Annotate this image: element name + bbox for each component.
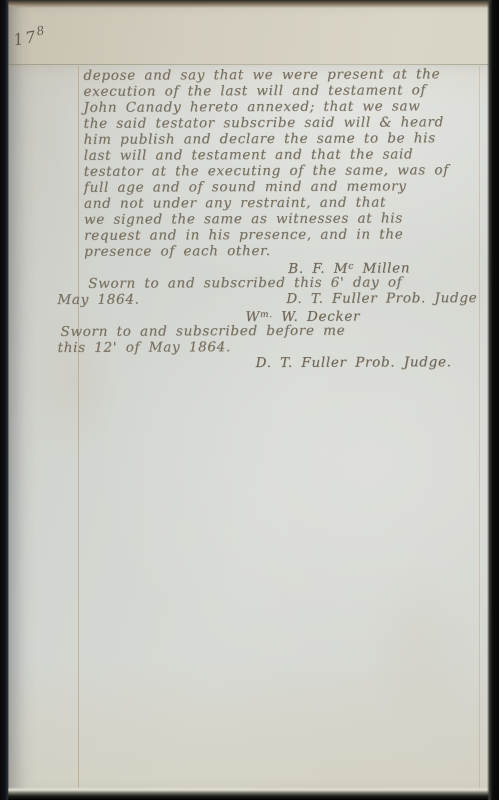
deposition-line: testator at the executing of the same, w… [57, 162, 481, 180]
witness-signature-mcmillen: B. F. Mc Millen [57, 258, 481, 276]
deposition-line: full age and of sound mind and memory [57, 178, 481, 196]
signature-superscript: m. [260, 310, 273, 320]
jurat-date-line: this 12' of May 1864. [58, 338, 482, 356]
scanned-probate-record-photo: 178 depose and say that we were present … [0, 0, 499, 800]
book-binding-edge [0, 0, 9, 800]
deposition-line: request and in his presence, and in the [57, 226, 481, 244]
deposition-line: John Canady hereto annexed; that we saw [56, 98, 480, 116]
paper-stain [360, 560, 480, 740]
jurat-line: Sworn to and subscribed this 6' day of [57, 274, 481, 292]
deposition-line: execution of the last will and testament… [56, 82, 480, 100]
jurat-date: May 1864. [57, 292, 139, 308]
judge-signature: D. T. Fuller Prob. Judge. [58, 354, 482, 372]
deposition-line: him publish and declare the same to be h… [57, 130, 481, 148]
jurat-line: Sworn to and subscribed before me [57, 322, 481, 340]
deposition-line: we signed the same as witnesses at his [57, 210, 481, 228]
deposition-line: last will and testament and that the sai… [57, 146, 481, 164]
witness-signature-decker: Wm. W. Decker [57, 306, 481, 324]
deposition-line: the said testator subscribe said will & … [57, 114, 481, 132]
deposition-line: presence of each other. [57, 242, 481, 260]
handwritten-text: depose and say that we were present at t… [56, 66, 481, 372]
photo-right-edge [487, 0, 499, 800]
deposition-line: depose and say that we were present at t… [56, 66, 480, 84]
deposition-line: and not under any restraint, and that [57, 194, 481, 212]
judge-signature: D. T. Fuller Prob. Judge [286, 290, 477, 307]
page-bottom-edge [0, 787, 499, 800]
photo-top-edge [0, 0, 499, 8]
sheet-top-crease [9, 64, 489, 65]
jurat-date-line: May 1864.D. T. Fuller Prob. Judge [57, 290, 481, 308]
